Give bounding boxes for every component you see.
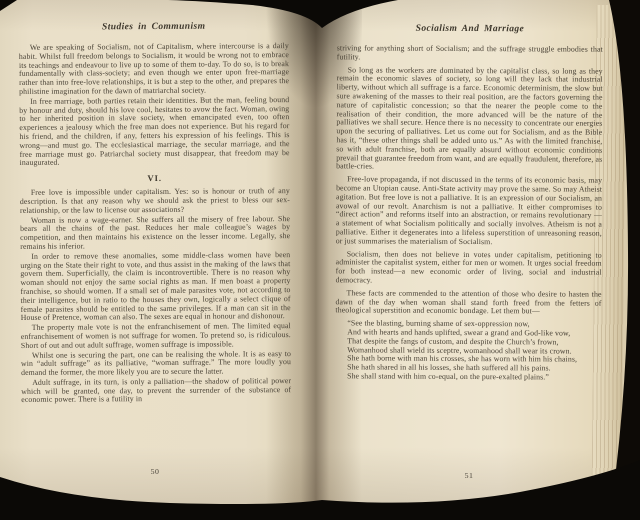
paragraph: These facts are commended to the attenti…: [335, 289, 601, 317]
paragraph: Free love is impossible under capitalism…: [20, 187, 290, 215]
section-heading: VI.: [20, 172, 290, 184]
right-page-number: 51: [336, 471, 602, 480]
paragraph: Woman is now a wage-earner. She suffers …: [20, 215, 290, 252]
left-running-header: Studies in Communism: [19, 21, 289, 33]
paragraph: Free-love propaganda, if not discussed i…: [336, 175, 602, 247]
verse-line: She shall stand with him co-equal, on th…: [335, 372, 601, 382]
left-page-number: 50: [20, 467, 290, 476]
verse-block: “See the blasting, burning shame of sex-…: [335, 319, 601, 382]
paragraph: Adult suffrage, in its turn, is only a p…: [21, 377, 291, 405]
paragraph: striving for anything short of Socialism…: [337, 44, 603, 63]
paragraph: So long as the workers are dominated by …: [336, 66, 603, 173]
paragraph: In order to remove these anomalies, some…: [20, 251, 290, 323]
left-page: Studies in Communism We are speaking of …: [19, 21, 292, 406]
paragraph: Whilst one is securing the part, one can…: [21, 350, 291, 378]
paragraph: We are speaking of Socialism, not of Cap…: [19, 42, 289, 97]
paragraph: In free marriage, both parties retain th…: [19, 96, 289, 168]
book-photo: Studies in Communism We are speaking of …: [0, 0, 640, 520]
paragraph: The property male vote is not the enfran…: [21, 322, 291, 350]
paragraph: Socialism, then does not believe in vote…: [336, 250, 602, 287]
right-running-header: Socialism And Marriage: [337, 23, 603, 34]
right-page: Socialism And Marriage striving for anyt…: [335, 23, 603, 382]
